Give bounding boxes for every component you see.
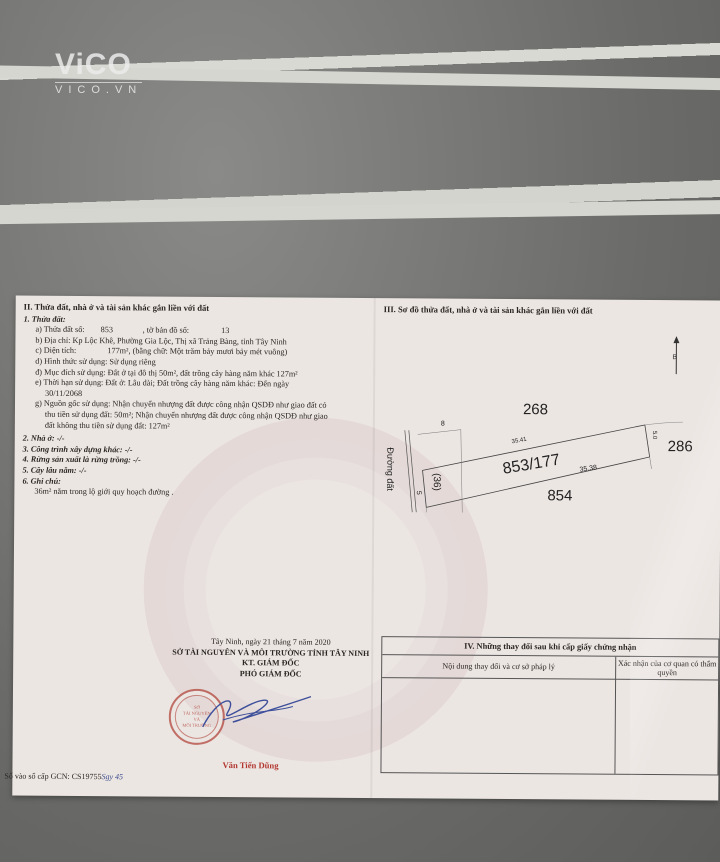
col-authority-confirm: Xác nhận của cơ quan có thẩm quyền xyxy=(616,659,718,678)
notes-text: 36m² nằm trong lộ giới quy hoạch đường . xyxy=(22,487,362,500)
dim-west: 5 xyxy=(415,491,422,495)
purpose-value: Đất ở tại đô thị 50m², đất trồng cây hàn… xyxy=(108,368,298,378)
dim-east: 5.0 xyxy=(651,431,657,439)
area-value: 177m², (bằng chữ: Một trăm bảy mươi bảy … xyxy=(107,347,287,357)
neighbor-north: 268 xyxy=(523,401,548,418)
watermark: ViCO VICO.VN xyxy=(55,50,142,96)
changes-table-title: IV. Những thay đổi sau khi cấp giấy chứn… xyxy=(382,637,718,657)
watermark-site: VICO.VN xyxy=(55,82,142,96)
registry-number: Số vào sổ cấp GCN: CS19755Sgy 45 xyxy=(4,771,123,781)
section-ii: II. Thửa đất, nhà ở và tài sản khác gắn … xyxy=(22,302,363,500)
dim-setback: 8 xyxy=(441,421,445,428)
changes-table: IV. Những thay đổi sau khi cấp giấy chứn… xyxy=(380,636,719,775)
north-label: B xyxy=(672,354,677,361)
land-certificate: II. Thửa đất, nhà ở và tài sản khác gắn … xyxy=(12,296,720,801)
registry-handwritten: Sgy 45 xyxy=(101,772,123,781)
issuing-agency: SỞ TÀI NGUYÊN VÀ MÔI TRƯỜNG TỈNH TÂY NIN… xyxy=(163,647,378,659)
map-labels: 268 286 854 853/177 (36) Đường đất 8 35.… xyxy=(382,392,713,514)
address-value: Kp Lộc Khê, Phường Gia Lộc, Thị xã Trảng… xyxy=(72,336,286,346)
neighbor-south: 854 xyxy=(547,487,572,504)
signer-name: Văn Tiến Dũng xyxy=(222,760,278,770)
neighbor-east: 286 xyxy=(668,438,693,455)
dim-bottom: 35.38 xyxy=(579,464,597,473)
handwritten-signature xyxy=(193,692,313,733)
signer-title: PHÓ GIÁM ĐỐC xyxy=(163,668,378,680)
changes-table-header: Nội dung thay đổi và cơ sở pháp lý Xác n… xyxy=(382,655,718,680)
signature-block: Tây Ninh, ngày 21 tháng 7 năm 2020 SỞ TÀ… xyxy=(163,637,378,680)
section-iii: III. Sơ đồ thửa đất, nhà ở và tài sản kh… xyxy=(384,304,714,316)
registry-value: CS19755 xyxy=(72,772,102,781)
road-area-label: (36) xyxy=(431,473,442,491)
road-label: Đường đất xyxy=(385,447,395,491)
col-change-content: Nội dung thay đổi và cơ sở pháp lý xyxy=(382,655,615,679)
watermark-logo: ViCO xyxy=(55,50,142,80)
use-form-value: Sử dụng riêng xyxy=(109,357,155,366)
map-sheet-number: 13 xyxy=(191,326,229,335)
section-iii-title: III. Sơ đồ thửa đất, nhà ở và tài sản kh… xyxy=(384,304,714,316)
parcel-label: 853/177 xyxy=(501,451,561,478)
table-divider xyxy=(614,657,616,774)
term-value: Đất ở: Lâu dài; Đất trồng cây hàng năm k… xyxy=(105,378,289,388)
parcel-number: 853 xyxy=(87,325,141,336)
dim-top: 35.41 xyxy=(511,437,527,446)
section-ii-title: II. Thửa đất, nhà ở và tài sản khác gắn … xyxy=(24,302,364,315)
